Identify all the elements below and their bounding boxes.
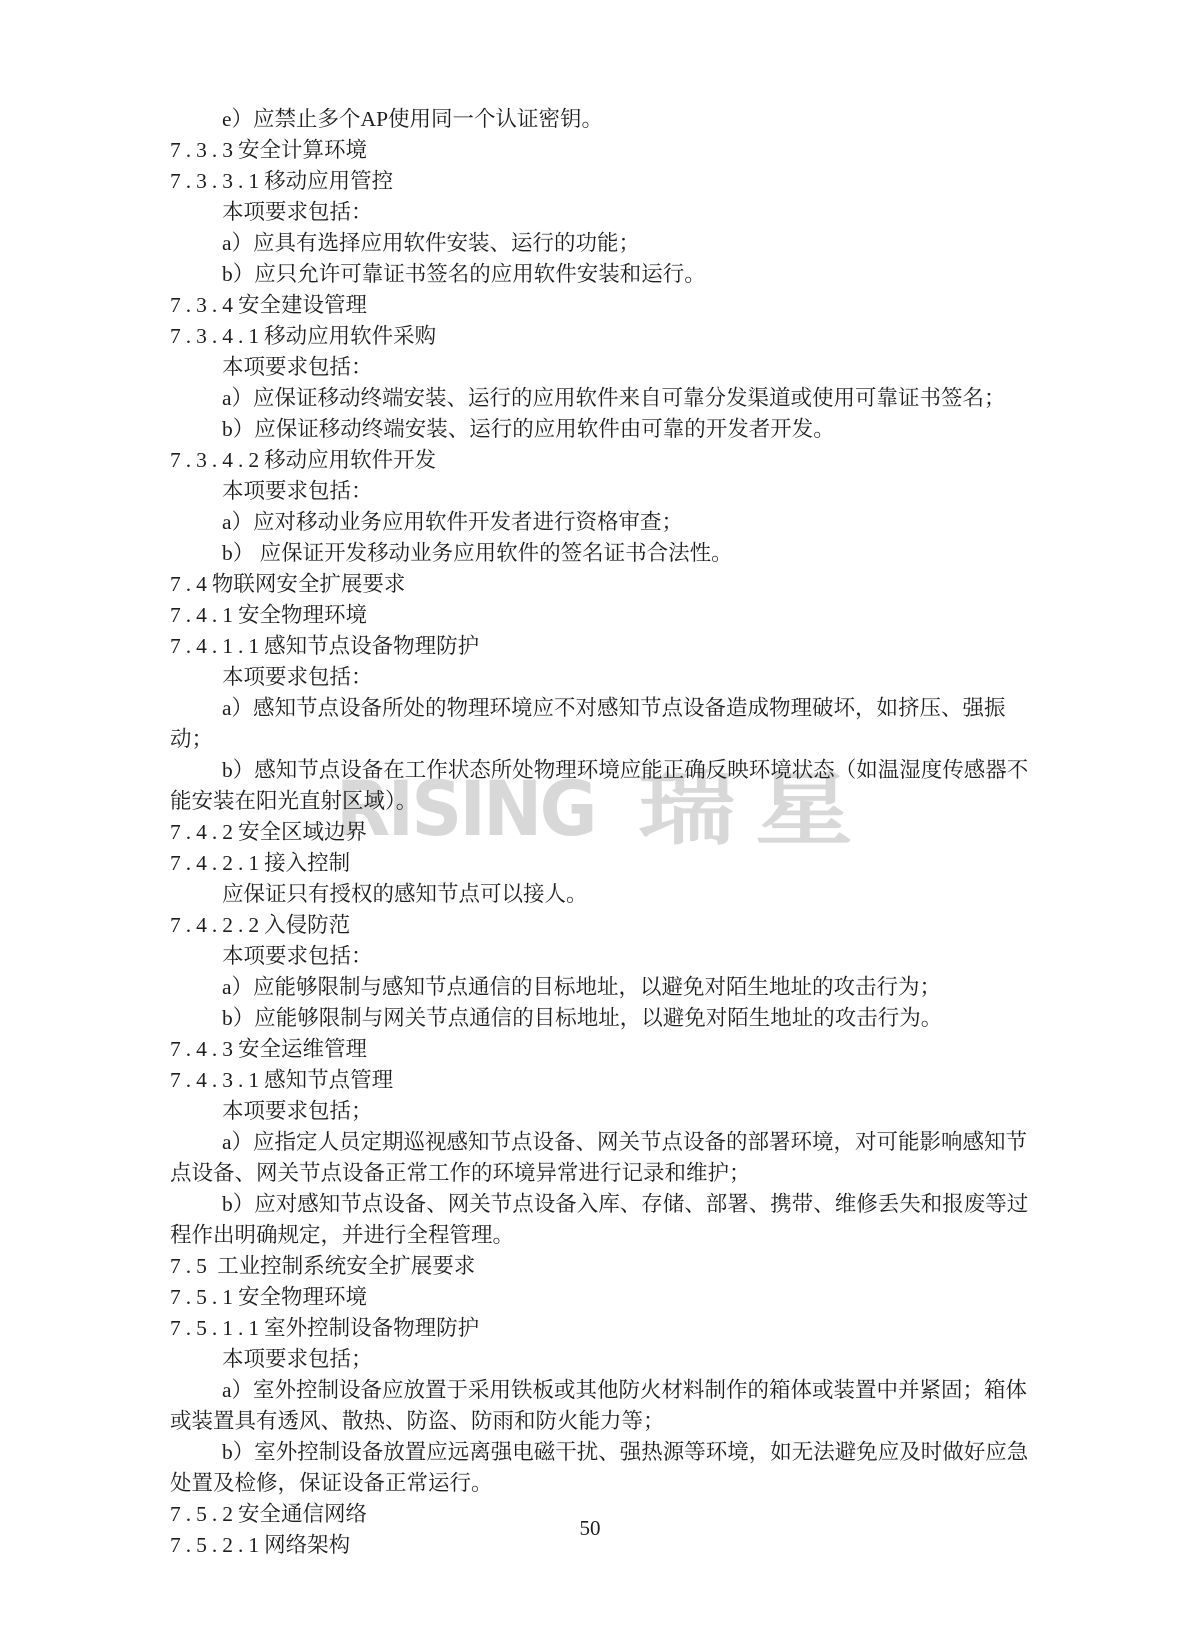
paragraph: b）感知节点设备在工作状态所处物理环境应能正确反映环境状态（如温湿度传感器不能安… (170, 755, 1030, 817)
section-heading: 7.3.4.1移动应用软件采购 (170, 321, 1030, 352)
paragraph-text: 本项要求包括： (222, 355, 373, 379)
paragraph: b）应能够限制与网关节点通信的目标地址，以避免对陌生地址的攻击行为。 (170, 1003, 1030, 1034)
section-number: 7.4.3.1 (170, 1068, 264, 1092)
section-heading: 7.4.2.1接入控制 (170, 848, 1030, 879)
paragraph: a）室外控制设备应放置于采用铁板或其他防火材料制作的箱体或装置中并紧固；箱体或装… (170, 1375, 1030, 1437)
paragraph: a）应指定人员定期巡视感知节点设备、网关节点设备的部署环境，对可能影响感知节点设… (170, 1127, 1030, 1189)
paragraph: 本项要求包括： (170, 352, 1030, 383)
section-heading: 7.5.1安全物理环境 (170, 1282, 1030, 1313)
section-number: 7.4.2 (170, 820, 238, 844)
paragraph: b） 应保证开发移动业务应用软件的签名证书合法性。 (170, 538, 1030, 569)
paragraph-text: 本项要求包括； (222, 1347, 373, 1371)
section-number: 7.3.4.2 (170, 448, 264, 472)
section-title: 安全物理环境 (238, 1285, 367, 1309)
paragraph-text: a）感知节点设备所处的物理环境应不对感知节点设备造成物理破坏，如挤压、强振动； (170, 696, 1006, 751)
paragraph-text: 本项要求包括： (222, 665, 373, 689)
paragraph-text: b）应对感知节点设备、网关节点设备入库、存储、部署、携带、维修丢失和报废等过程作… (170, 1192, 1028, 1247)
paragraph: b）室外控制设备放置应远离强电磁干扰、强热源等环境，如无法避免应及时做好应急处置… (170, 1437, 1030, 1499)
section-number: 7.4.1 (170, 603, 238, 627)
paragraph-text: 本项要求包括： (222, 200, 373, 224)
section-number: 7.3.3 (170, 138, 238, 162)
section-number: 7.3.4 (170, 293, 238, 317)
paragraph-text: 应保证只有授权的感知节点可以接人。 (222, 882, 588, 906)
page-number: 50 (0, 1516, 1180, 1541)
section-title: 移动应用管控 (264, 169, 393, 193)
section-title: 安全区域边界 (238, 820, 367, 844)
paragraph: 本项要求包括： (170, 941, 1030, 972)
section-title: 入侵防范 (264, 913, 350, 937)
paragraph: a）应能够限制与感知节点通信的目标地址，以避免对陌生地址的攻击行为； (170, 972, 1030, 1003)
section-title: 移动应用软件采购 (264, 324, 436, 348)
paragraph-text: 本项要求包括： (222, 479, 373, 503)
paragraph: a）应具有选择应用软件安装、运行的功能； (170, 228, 1030, 259)
section-heading: 7.4.2.2入侵防范 (170, 910, 1030, 941)
paragraph-text: b）应能够限制与网关节点通信的目标地址，以避免对陌生地址的攻击行为。 (222, 1006, 942, 1030)
paragraph-text: a）应具有选择应用软件安装、运行的功能； (222, 231, 640, 255)
paragraph: 本项要求包括： (170, 476, 1030, 507)
section-heading: 7.4.1.1感知节点设备物理防护 (170, 631, 1030, 662)
paragraph-text: a）应指定人员定期巡视感知节点设备、网关节点设备的部署环境，对可能影响感知节点设… (170, 1130, 1027, 1185)
section-heading: 7.4.3安全运维管理 (170, 1034, 1030, 1065)
paragraph: b）应对感知节点设备、网关节点设备入库、存储、部署、携带、维修丢失和报废等过程作… (170, 1189, 1030, 1251)
paragraph-text: 本项要求包括； (222, 1099, 373, 1123)
paragraph-text: e）应禁止多个AP使用同一个认证密钥。 (222, 107, 603, 131)
section-heading: 7.3.3安全计算环境 (170, 135, 1030, 166)
section-title: 安全计算环境 (238, 138, 367, 162)
paragraph: 本项要求包括： (170, 662, 1030, 693)
section-title: 移动应用软件开发 (264, 448, 436, 472)
paragraph-text: b）应只允许可靠证书签名的应用软件安装和运行。 (222, 262, 706, 286)
section-heading: 7.4.2安全区域边界 (170, 817, 1030, 848)
section-number: 7.3.3.1 (170, 169, 264, 193)
section-number: 7.4.3 (170, 1037, 238, 1061)
section-heading: 7.4.1安全物理环境 (170, 600, 1030, 631)
section-heading: 7.3.3.1移动应用管控 (170, 166, 1030, 197)
section-number: 7.5.1.1 (170, 1316, 264, 1340)
section-number: 7.5 (170, 1254, 212, 1278)
section-title: 物联网安全扩展要求 (212, 572, 406, 596)
paragraph-text: b）感知节点设备在工作状态所处物理环境应能正确反映环境状态（如温湿度传感器不能安… (170, 758, 1028, 813)
paragraph-text: a）应对移动业务应用软件开发者进行资格审查； (222, 510, 683, 534)
section-title: 接入控制 (264, 851, 350, 875)
section-number: 7.3.4.1 (170, 324, 264, 348)
section-title: 安全运维管理 (238, 1037, 367, 1061)
section-title: 安全物理环境 (238, 603, 367, 627)
paragraph-text: a）应保证移动终端安装、运行的应用软件来自可靠分发渠道或使用可靠证书签名； (222, 386, 1006, 410)
paragraph-text: b） 应保证开发移动业务应用软件的签名证书合法性。 (222, 541, 733, 565)
section-number: 7.4.1.1 (170, 634, 264, 658)
section-number: 7.4 (170, 572, 212, 596)
section-number: 7.4.2.2 (170, 913, 264, 937)
paragraph: b）应保证移动终端安装、运行的应用软件由可靠的开发者开发。 (170, 414, 1030, 445)
paragraph: 应保证只有授权的感知节点可以接人。 (170, 879, 1030, 910)
section-title: 感知节点管理 (264, 1068, 393, 1092)
document-body: e）应禁止多个AP使用同一个认证密钥。7.3.3安全计算环境7.3.3.1移动应… (170, 104, 1030, 1561)
paragraph: b）应只允许可靠证书签名的应用软件安装和运行。 (170, 259, 1030, 290)
section-heading: 7.5.1.1室外控制设备物理防护 (170, 1313, 1030, 1344)
section-title: 安全建设管理 (238, 293, 367, 317)
paragraph: a）应对移动业务应用软件开发者进行资格审查； (170, 507, 1030, 538)
section-heading: 7.3.4.2移动应用软件开发 (170, 445, 1030, 476)
paragraph-text: b）室外控制设备放置应远离强电磁干扰、强热源等环境，如无法避免应及时做好应急处置… (170, 1440, 1028, 1495)
section-heading: 7.4物联网安全扩展要求 (170, 569, 1030, 600)
section-heading: 7.4.3.1感知节点管理 (170, 1065, 1030, 1096)
section-title: 工业控制系统安全扩展要求 (212, 1254, 475, 1278)
paragraph-text: a）室外控制设备应放置于采用铁板或其他防火材料制作的箱体或装置中并紧固；箱体或装… (170, 1378, 1027, 1433)
paragraph: e）应禁止多个AP使用同一个认证密钥。 (170, 104, 1030, 135)
section-heading: 7.5 工业控制系统安全扩展要求 (170, 1251, 1030, 1282)
section-number: 7.4.2.1 (170, 851, 264, 875)
paragraph-text: 本项要求包括： (222, 944, 373, 968)
paragraph: 本项要求包括； (170, 1096, 1030, 1127)
section-title: 室外控制设备物理防护 (264, 1316, 479, 1340)
paragraph: a）感知节点设备所处的物理环境应不对感知节点设备造成物理破坏，如挤压、强振动； (170, 693, 1030, 755)
document-page: RISING 瑞星 e）应禁止多个AP使用同一个认证密钥。7.3.3安全计算环境… (0, 0, 1199, 1627)
section-number: 7.5.1 (170, 1285, 238, 1309)
section-heading: 7.3.4安全建设管理 (170, 290, 1030, 321)
paragraph-text: b）应保证移动终端安装、运行的应用软件由可靠的开发者开发。 (222, 417, 835, 441)
paragraph: a）应保证移动终端安装、运行的应用软件来自可靠分发渠道或使用可靠证书签名； (170, 383, 1030, 414)
section-title: 感知节点设备物理防护 (264, 634, 479, 658)
paragraph: 本项要求包括： (170, 197, 1030, 228)
paragraph: 本项要求包括； (170, 1344, 1030, 1375)
paragraph-text: a）应能够限制与感知节点通信的目标地址，以避免对陌生地址的攻击行为； (222, 975, 941, 999)
